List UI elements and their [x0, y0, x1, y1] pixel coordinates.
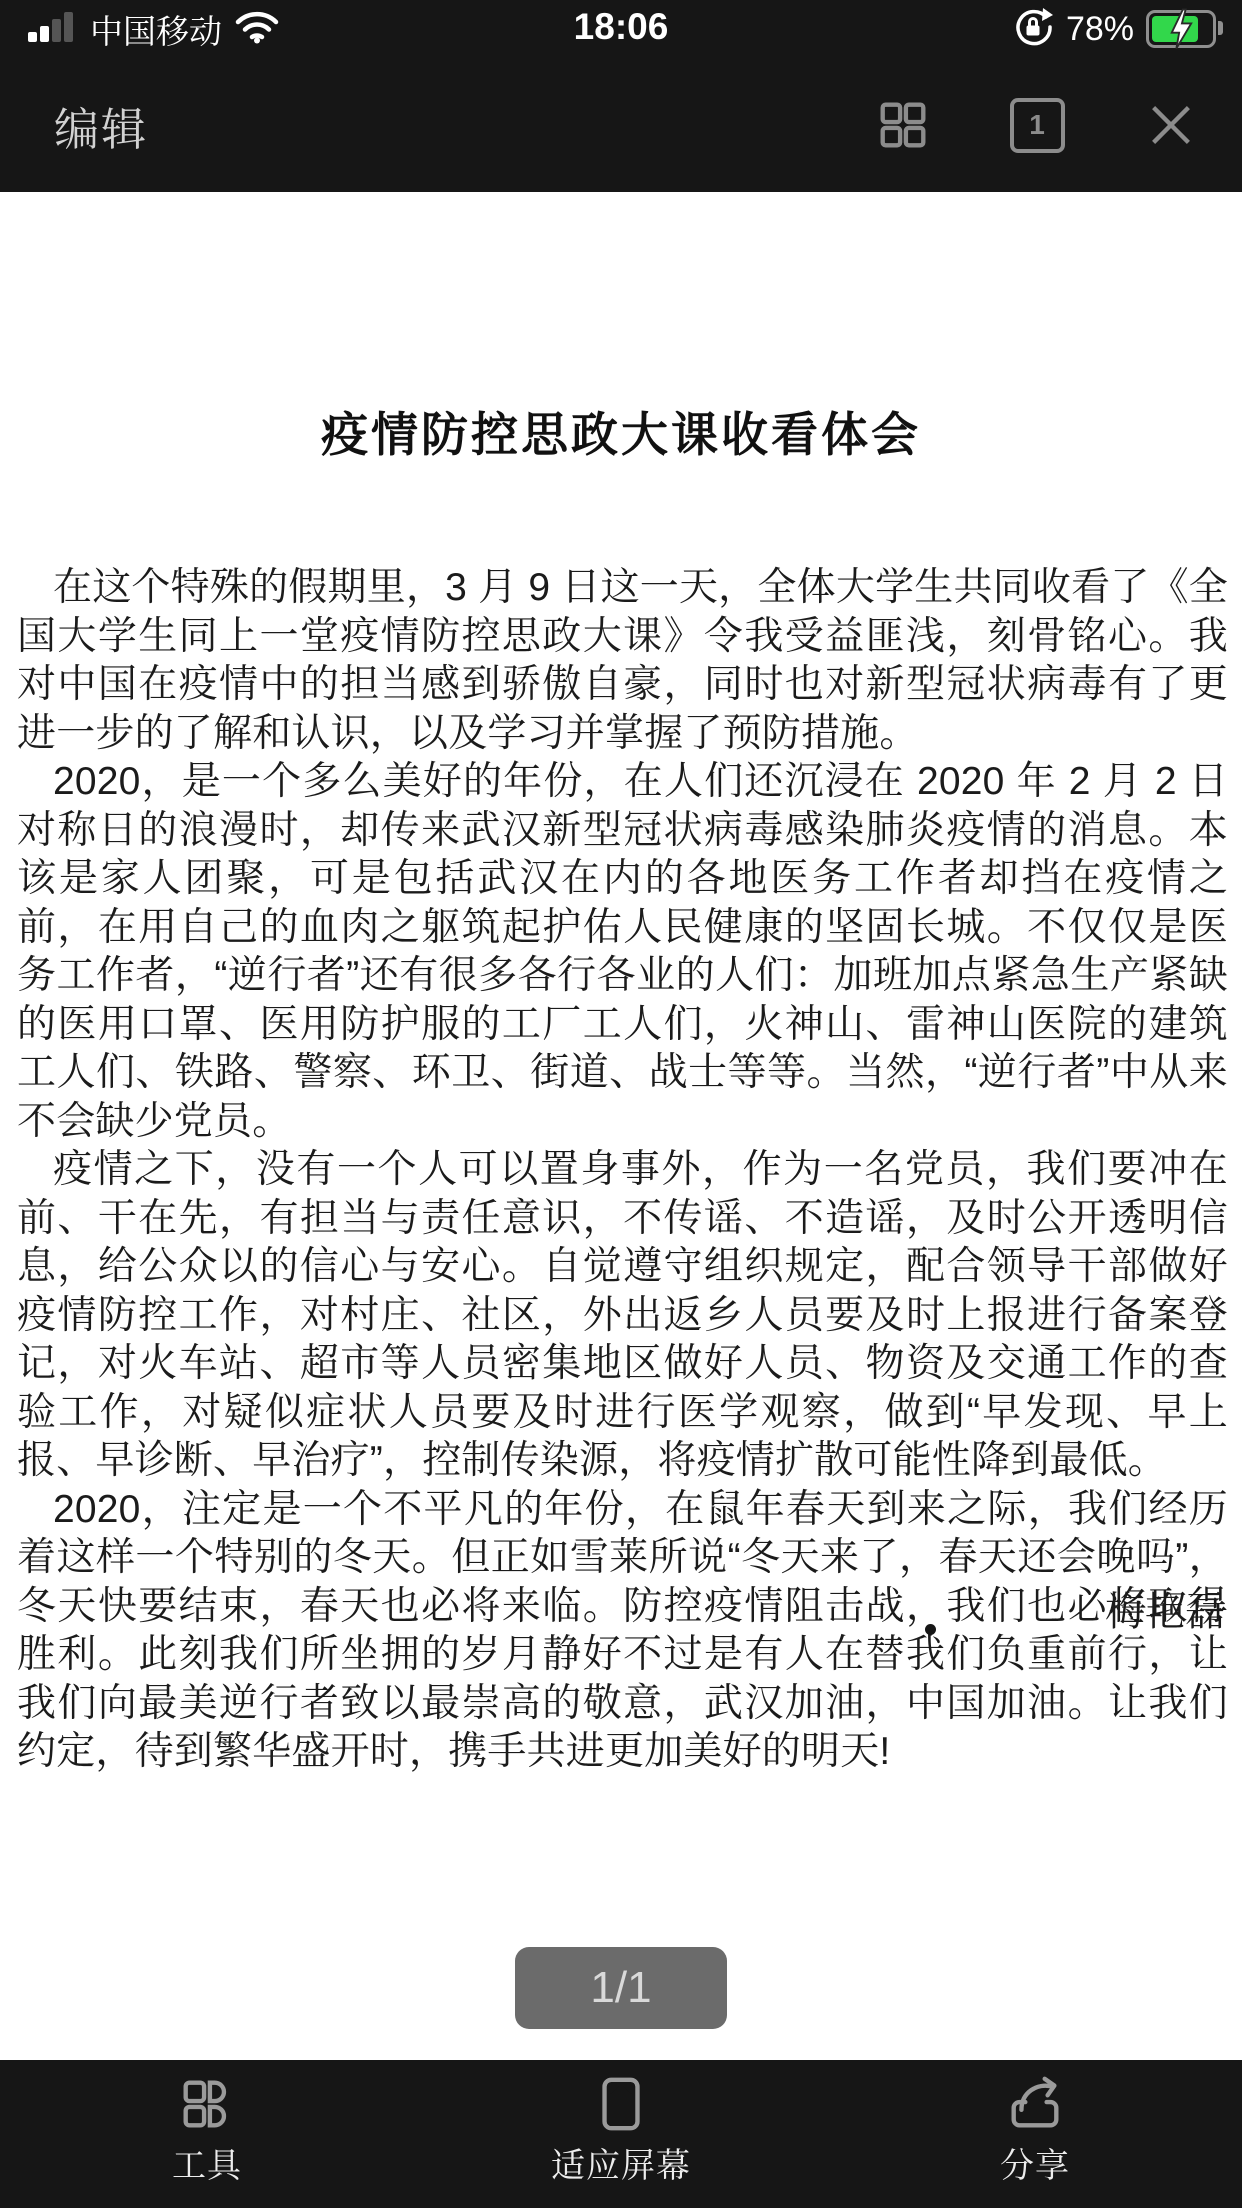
status-right: 78% [1012, 6, 1216, 53]
screen: 中国移动 18:06 [0, 0, 1242, 2208]
fit-screen-icon [589, 2072, 653, 2136]
status-bar: 中国移动 18:06 [0, 0, 1242, 58]
page-count-icon[interactable]: 1 [1008, 96, 1066, 154]
signature: 梅艳磊 [1105, 1580, 1225, 1637]
document-page[interactable]: 疫情防控思政大课收看体会 在这个特殊的假期里，3 月 9 日这一天，全体大学生共… [0, 192, 1242, 2060]
grid-view-icon[interactable] [874, 96, 932, 154]
tools-label: 工具 [172, 2138, 242, 2187]
tools-grid-icon [175, 2072, 239, 2136]
share-button[interactable]: 分享 [828, 2060, 1242, 2208]
app-header: 编辑 1 [0, 58, 1242, 192]
fit-screen-label: 适应屏幕 [551, 2138, 691, 2187]
cellular-signal-icon [26, 10, 78, 49]
document-title: 疫情防控思政大课收看体会 [0, 398, 1242, 465]
paragraph: 疫情之下，没有一个人可以置身事外，作为一名党员，我们要冲在前、干在先，有担当与责… [17, 1146, 1228, 1486]
paragraph: 2020，是一个多么美好的年份，在人们还沉浸在 2020 年 2 月 2 日对称… [17, 758, 1228, 1146]
paragraph: 2020，注定是一个不平凡的年份，在鼠年春天到来之际，我们经历着这样一个特别的冬… [17, 1486, 1228, 1777]
page-indicator: 1/1 [515, 1947, 727, 2029]
cursor-dot [925, 1624, 936, 1635]
fit-screen-button[interactable]: 适应屏幕 [414, 2060, 828, 2208]
share-label: 分享 [1000, 2138, 1070, 2187]
share-icon [1003, 2072, 1067, 2136]
rotation-lock-icon [1012, 6, 1054, 53]
wifi-icon [234, 10, 280, 49]
tools-button[interactable]: 工具 [0, 2060, 414, 2208]
top-chrome: 中国移动 18:06 [0, 0, 1242, 192]
carrier-label: 中国移动 [90, 6, 222, 53]
bottom-toolbar: 工具 适应屏幕 分享 [0, 2060, 1242, 2208]
close-icon[interactable] [1142, 96, 1200, 154]
battery-charging-icon [1146, 10, 1216, 48]
paragraph: 在这个特殊的假期里，3 月 9 日这一天，全体大学生共同收看了《全国大学生同上一… [17, 564, 1228, 758]
page-count-number: 1 [1029, 109, 1045, 141]
edit-button[interactable]: 编辑 [54, 93, 148, 158]
status-left: 中国移动 [26, 6, 280, 53]
document-body: 在这个特殊的假期里，3 月 9 日这一天，全体大学生共同收看了《全国大学生同上一… [17, 564, 1228, 1777]
clock: 18:06 [574, 6, 669, 48]
battery-percent: 78% [1066, 10, 1134, 49]
